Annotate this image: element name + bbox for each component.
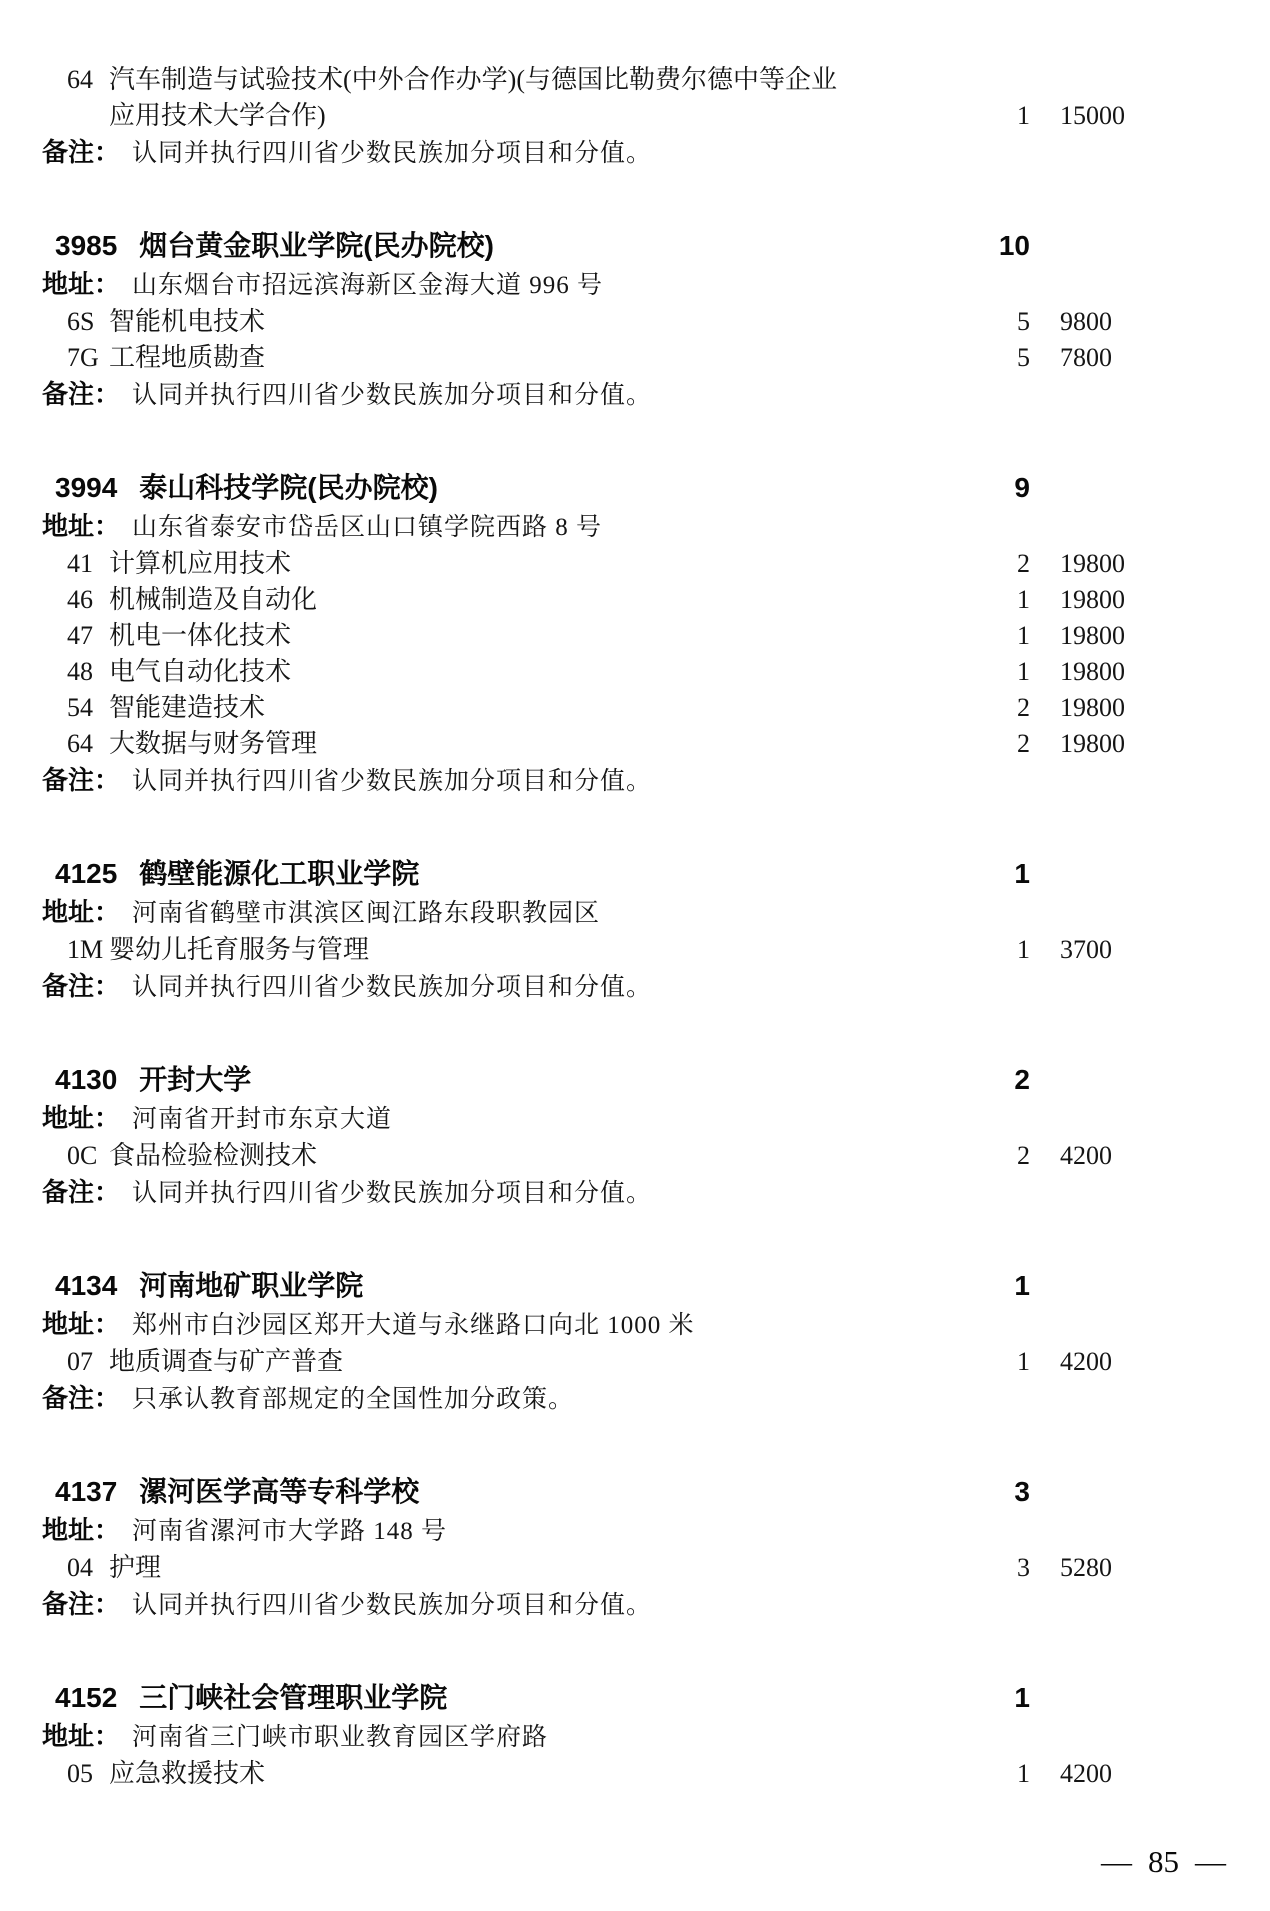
program-code: 48	[42, 654, 109, 690]
program-fee: 19800	[1030, 618, 1138, 654]
address-label: 地址：	[42, 1512, 120, 1548]
program-name: 计算机应用技术	[109, 546, 982, 582]
school-name: 烟台黄金职业学院(民办院校)	[139, 226, 982, 266]
school-header: 4125鹤壁能源化工职业学院1	[42, 854, 1138, 894]
document-page: 64汽车制造与试验技术(中外合作办学)(与德国比勒费尔德中等企业应用技术大学合作…	[0, 0, 1270, 1911]
program-code: 1M	[42, 932, 109, 968]
program-code: 6S	[42, 304, 109, 340]
program-fee: 9800	[1030, 304, 1138, 340]
program-name: 机电一体化技术	[109, 618, 982, 654]
school-code: 4134	[42, 1266, 117, 1306]
school-header: 3985烟台黄金职业学院(民办院校)10	[42, 226, 1138, 266]
program-row: 41计算机应用技术219800	[42, 546, 1138, 582]
address-text: 河南省鹤壁市淇滨区闽江路东段职教园区	[132, 896, 600, 932]
school-section: 3994泰山科技学院(民办院校)9地址：山东省泰安市岱岳区山口镇学院西路 8 号…	[42, 468, 1138, 800]
school-plan-count: 1	[982, 1678, 1030, 1718]
program-name: 智能机电技术	[109, 304, 982, 340]
remark-text: 认同并执行四川省少数民族加分项目和分值。	[132, 970, 652, 1006]
school-code: 4125	[42, 854, 117, 894]
school-header: 4137漯河医学高等专科学校3	[42, 1472, 1138, 1512]
address-text: 河南省开封市东京大道	[132, 1102, 392, 1138]
remark-label: 备注：	[42, 762, 120, 798]
school-header: 4134河南地矿职业学院1	[42, 1266, 1138, 1306]
program-row: 0C食品检验检测技术24200	[42, 1138, 1138, 1174]
program-row: 1M婴幼儿托育服务与管理13700	[42, 932, 1138, 968]
program-name-line2: 应用技术大学合作)	[109, 98, 982, 134]
remark-text: 只承认教育部规定的全国性加分政策。	[132, 1382, 574, 1418]
remark-line: 备注：认同并执行四川省少数民族加分项目和分值。	[42, 1174, 1138, 1212]
remark-label: 备注：	[42, 1380, 120, 1416]
school-section: 4134河南地矿职业学院1地址：郑州市白沙园区郑开大道与永继路口向北 1000 …	[42, 1266, 1138, 1418]
program-name: 地质调查与矿产普查	[109, 1344, 982, 1380]
program-count: 2	[982, 726, 1030, 762]
program-code: 07	[42, 1344, 109, 1380]
program-name: 机械制造及自动化	[109, 582, 982, 618]
school-plan-count: 9	[982, 468, 1030, 508]
program-code: 54	[42, 690, 109, 726]
program-code: 05	[42, 1756, 109, 1792]
program-name: 护理	[109, 1550, 982, 1586]
school-header: 3994泰山科技学院(民办院校)9	[42, 468, 1138, 508]
address-text: 河南省漯河市大学路 148 号	[132, 1514, 447, 1550]
address-line: 地址：河南省三门峡市职业教育园区学府路	[42, 1718, 1138, 1756]
remark-text: 认同并执行四川省少数民族加分项目和分值。	[132, 764, 652, 800]
program-code: 41	[42, 546, 109, 582]
school-code: 3994	[42, 468, 117, 508]
program-count: 5	[982, 340, 1030, 376]
program-count: 2	[982, 1138, 1030, 1174]
program-count: 3	[982, 1550, 1030, 1586]
program-count: 2	[982, 690, 1030, 726]
address-line: 地址：河南省开封市东京大道	[42, 1100, 1138, 1138]
program-fee: 19800	[1030, 582, 1138, 618]
program-fee: 4200	[1030, 1138, 1138, 1174]
program-row: 47机电一体化技术119800	[42, 618, 1138, 654]
school-section: 4125鹤壁能源化工职业学院1地址：河南省鹤壁市淇滨区闽江路东段职教园区1M婴幼…	[42, 854, 1138, 1006]
address-text: 山东烟台市招远滨海新区金海大道 996 号	[132, 268, 603, 304]
program-code: 04	[42, 1550, 109, 1586]
program-fee: 4200	[1030, 1756, 1138, 1792]
remark-label: 备注：	[42, 134, 120, 170]
program-code: 64	[42, 726, 109, 762]
school-code: 4137	[42, 1472, 117, 1512]
program-code: 7G	[42, 340, 109, 376]
program-fee: 19800	[1030, 654, 1138, 690]
remark-text: 认同并执行四川省少数民族加分项目和分值。	[132, 1176, 652, 1212]
program-row: 64大数据与财务管理219800	[42, 726, 1138, 762]
program-count: 2	[982, 546, 1030, 582]
school-header: 4152三门峡社会管理职业学院1	[42, 1678, 1138, 1718]
remark-text: 认同并执行四川省少数民族加分项目和分值。	[132, 1588, 652, 1624]
program-count: 1	[982, 618, 1030, 654]
program-row: 48电气自动化技术119800	[42, 654, 1138, 690]
school-section: 4152三门峡社会管理职业学院1地址：河南省三门峡市职业教育园区学府路05应急救…	[42, 1678, 1138, 1792]
program-count: 1	[982, 1756, 1030, 1792]
remark-label: 备注：	[42, 376, 120, 412]
school-section: 4130开封大学2地址：河南省开封市东京大道0C食品检验检测技术24200备注：…	[42, 1060, 1138, 1212]
page-number: 85	[1148, 1845, 1179, 1879]
remark-line: 备注：认同并执行四川省少数民族加分项目和分值。	[42, 968, 1138, 1006]
program-row: 04护理35280	[42, 1550, 1138, 1586]
program-row: 46机械制造及自动化119800	[42, 582, 1138, 618]
program-code: 47	[42, 618, 109, 654]
program-fee: 19800	[1030, 546, 1138, 582]
program-fee: 15000	[1030, 98, 1138, 134]
remark-text: 认同并执行四川省少数民族加分项目和分值。	[132, 378, 652, 414]
program-count: 1	[982, 654, 1030, 690]
school-section: 4137漯河医学高等专科学校3地址：河南省漯河市大学路 148 号04护理352…	[42, 1472, 1138, 1624]
footer-dash-left: —	[1101, 1845, 1132, 1879]
school-plan-count: 3	[982, 1472, 1030, 1512]
address-text: 郑州市白沙园区郑开大道与永继路口向北 1000 米	[132, 1308, 695, 1344]
program-row: 07地质调查与矿产普查14200	[42, 1344, 1138, 1380]
page-footer: — 85 —	[1101, 1845, 1226, 1879]
footer-dash-right: —	[1195, 1845, 1226, 1879]
program-count: 1	[982, 1344, 1030, 1380]
program-count: 1	[982, 98, 1030, 134]
address-label: 地址：	[42, 1718, 120, 1754]
program-row: 7G工程地质勘查57800	[42, 340, 1138, 376]
remark-label: 备注：	[42, 968, 120, 1004]
address-label: 地址：	[42, 1100, 120, 1136]
address-label: 地址：	[42, 266, 120, 302]
school-code: 4152	[42, 1678, 117, 1718]
school-code: 3985	[42, 226, 117, 266]
program-fee: 7800	[1030, 340, 1138, 376]
school-header: 4130开封大学2	[42, 1060, 1138, 1100]
remark-line: 备注：认同并执行四川省少数民族加分项目和分值。	[42, 134, 1138, 172]
program-code: 46	[42, 582, 109, 618]
remark-line: 备注：只承认教育部规定的全国性加分政策。	[42, 1380, 1138, 1418]
program-row: 54智能建造技术219800	[42, 690, 1138, 726]
program-name: 食品检验检测技术	[109, 1138, 982, 1174]
school-name: 三门峡社会管理职业学院	[139, 1678, 982, 1718]
address-label: 地址：	[42, 894, 120, 930]
address-line: 地址：河南省漯河市大学路 148 号	[42, 1512, 1138, 1550]
program-code: 64	[42, 62, 109, 98]
school-section: 64汽车制造与试验技术(中外合作办学)(与德国比勒费尔德中等企业应用技术大学合作…	[42, 62, 1138, 172]
school-code: 4130	[42, 1060, 117, 1100]
school-name: 漯河医学高等专科学校	[139, 1472, 982, 1512]
program-row: 6S智能机电技术59800	[42, 304, 1138, 340]
remark-label: 备注：	[42, 1174, 120, 1210]
school-section: 3985烟台黄金职业学院(民办院校)10地址：山东烟台市招远滨海新区金海大道 9…	[42, 226, 1138, 414]
remark-line: 备注：认同并执行四川省少数民族加分项目和分值。	[42, 376, 1138, 414]
address-line: 地址：郑州市白沙园区郑开大道与永继路口向北 1000 米	[42, 1306, 1138, 1344]
program-row: 05应急救援技术14200	[42, 1756, 1138, 1792]
school-plan-count: 1	[982, 1266, 1030, 1306]
program-code: 0C	[42, 1138, 109, 1174]
sections: 64汽车制造与试验技术(中外合作办学)(与德国比勒费尔德中等企业应用技术大学合作…	[42, 62, 1138, 1792]
address-label: 地址：	[42, 508, 120, 544]
remark-line: 备注：认同并执行四川省少数民族加分项目和分值。	[42, 1586, 1138, 1624]
school-plan-count: 10	[982, 226, 1030, 266]
program-fee: 19800	[1030, 726, 1138, 762]
program-name: 大数据与财务管理	[109, 726, 982, 762]
program-fee: 19800	[1030, 690, 1138, 726]
program-name: 工程地质勘查	[109, 340, 982, 376]
school-name: 泰山科技学院(民办院校)	[139, 468, 982, 508]
school-name: 河南地矿职业学院	[139, 1266, 982, 1306]
address-text: 河南省三门峡市职业教育园区学府路	[132, 1720, 548, 1756]
program-row: 64汽车制造与试验技术(中外合作办学)(与德国比勒费尔德中等企业	[42, 62, 1138, 98]
program-name: 婴幼儿托育服务与管理	[109, 932, 982, 968]
program-fee: 3700	[1030, 932, 1138, 968]
program-count: 5	[982, 304, 1030, 340]
address-line: 地址：山东烟台市招远滨海新区金海大道 996 号	[42, 266, 1138, 304]
program-row-wrap: 应用技术大学合作)115000	[42, 98, 1138, 134]
program-name: 应急救援技术	[109, 1756, 982, 1792]
program-name: 智能建造技术	[109, 690, 982, 726]
school-plan-count: 2	[982, 1060, 1030, 1100]
address-text: 山东省泰安市岱岳区山口镇学院西路 8 号	[132, 510, 602, 546]
school-name: 鹤壁能源化工职业学院	[139, 854, 982, 894]
program-fee: 5280	[1030, 1550, 1138, 1586]
address-line: 地址：河南省鹤壁市淇滨区闽江路东段职教园区	[42, 894, 1138, 932]
remark-text: 认同并执行四川省少数民族加分项目和分值。	[132, 136, 652, 172]
program-count: 1	[982, 932, 1030, 968]
remark-label: 备注：	[42, 1586, 120, 1622]
address-label: 地址：	[42, 1306, 120, 1342]
program-fee: 4200	[1030, 1344, 1138, 1380]
address-line: 地址：山东省泰安市岱岳区山口镇学院西路 8 号	[42, 508, 1138, 546]
program-name: 汽车制造与试验技术(中外合作办学)(与德国比勒费尔德中等企业	[109, 62, 1138, 98]
school-name: 开封大学	[139, 1060, 982, 1100]
school-plan-count: 1	[982, 854, 1030, 894]
program-count: 1	[982, 582, 1030, 618]
remark-line: 备注：认同并执行四川省少数民族加分项目和分值。	[42, 762, 1138, 800]
program-name: 电气自动化技术	[109, 654, 982, 690]
